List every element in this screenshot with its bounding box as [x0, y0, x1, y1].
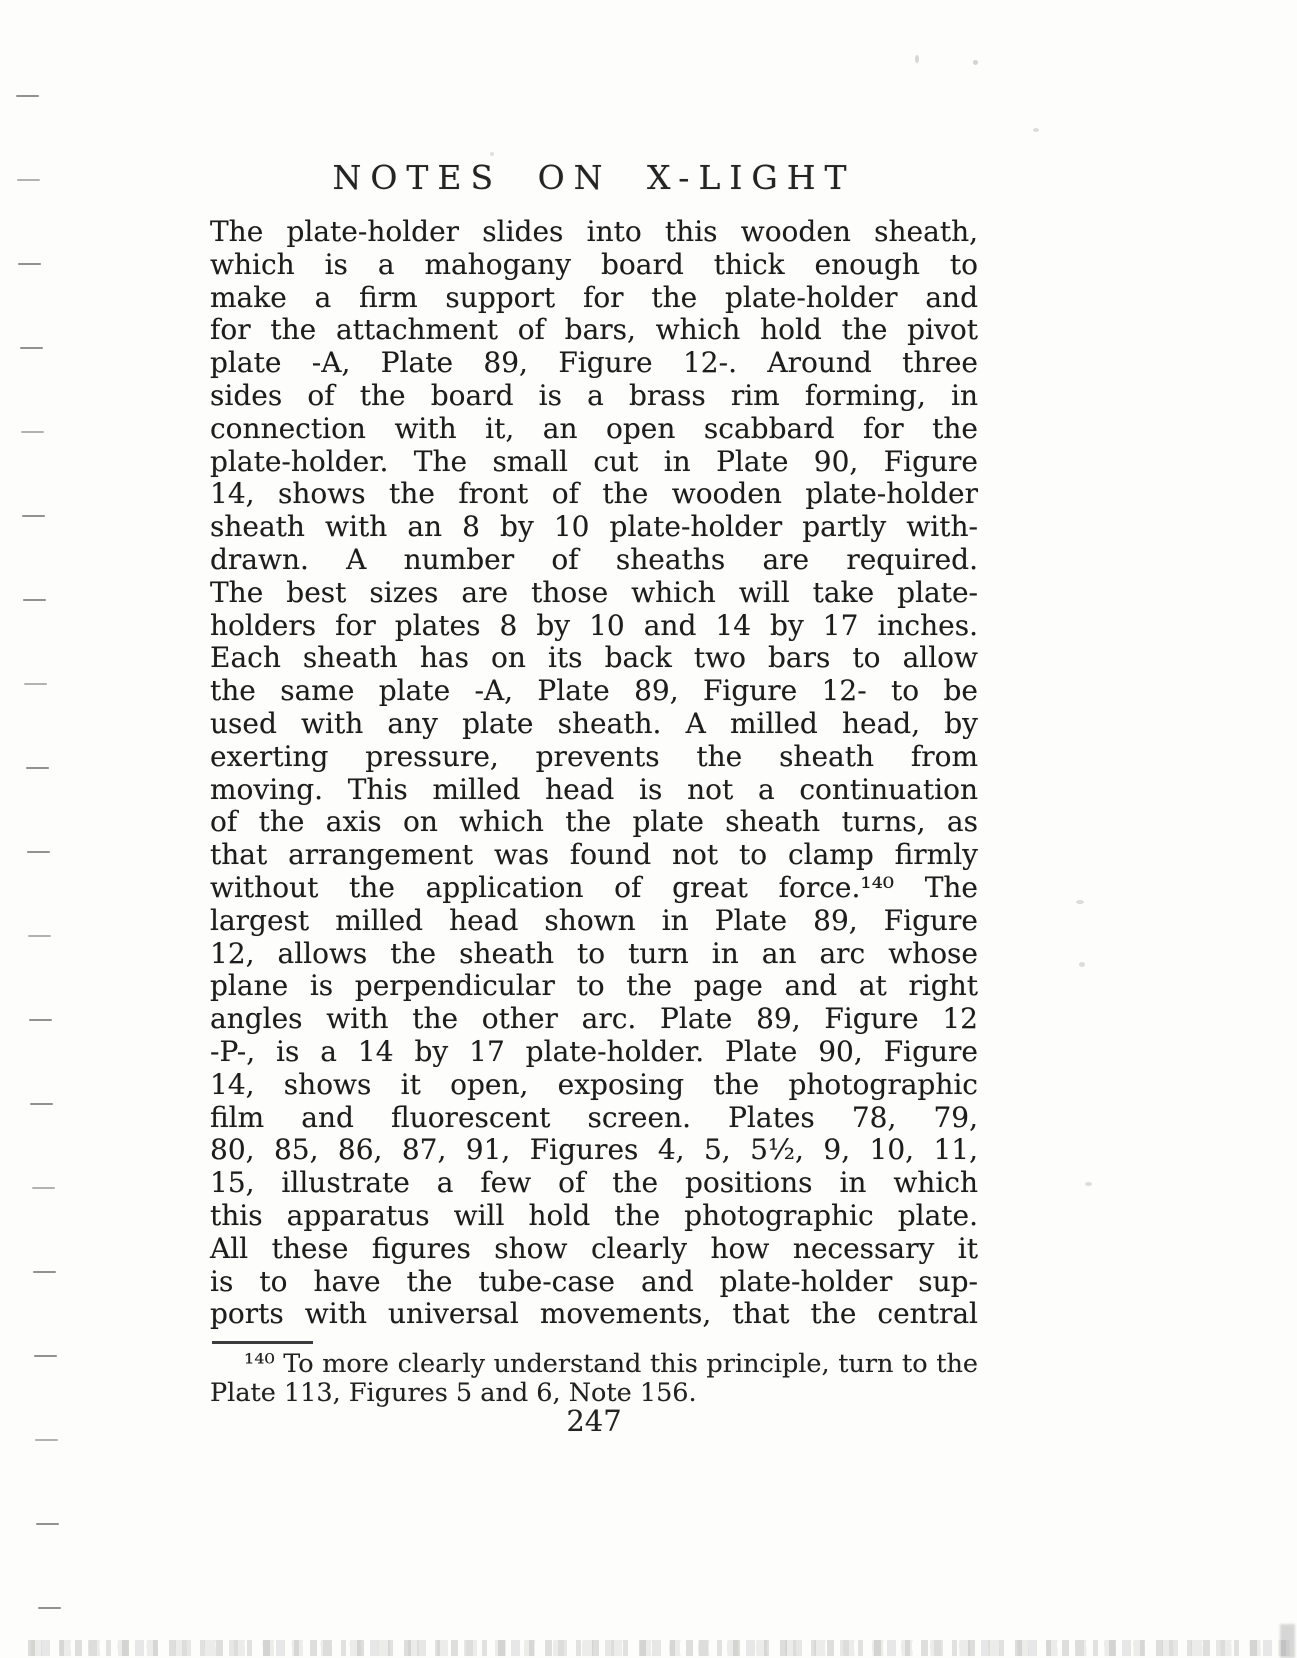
footnote: ¹⁴⁰ To more clearly understand this prin… — [210, 1350, 978, 1408]
scan-margin-dash — [22, 515, 45, 517]
scan-margin-dash — [29, 1019, 52, 1021]
text-line: without the application of great force.¹… — [210, 872, 978, 905]
scan-speck — [1076, 900, 1084, 904]
text-line: sheath with an 8 by 10 plate-holder part… — [210, 511, 978, 544]
text-line: 14, shows it open, exposing the photogra… — [210, 1069, 978, 1102]
text-line: of the axis on which the plate sheath tu… — [210, 806, 978, 839]
scan-edge-band — [28, 1640, 1297, 1656]
scan-margin-dash — [30, 1103, 53, 1105]
text-line: connection with it, an open scabbard for… — [210, 413, 978, 446]
text-line: this apparatus will hold the photographi… — [210, 1200, 978, 1233]
text-line: film and fluorescent screen. Plates 78, … — [210, 1102, 978, 1135]
scan-margin-dash — [36, 1523, 59, 1525]
scan-margin-dash — [17, 179, 40, 181]
text-line: 80, 85, 86, 87, 91, Figures 4, 5, 5½, 9,… — [210, 1134, 978, 1167]
text-line: that arrangement was found not to clamp … — [210, 839, 978, 872]
scanned-book-page: NOTES ON X-LIGHT The plate-holder slides… — [0, 0, 1297, 1658]
text-line: which is a mahogany board thick enough t… — [210, 249, 978, 282]
text-line: exerting pressure, prevents the sheath f… — [210, 741, 978, 774]
scan-margin-dash — [35, 1439, 58, 1441]
footnote-separator-rule — [212, 1341, 313, 1344]
text-line: -P-, is a 14 by 17 plate-holder. Plate 9… — [210, 1036, 978, 1069]
text-line: is to have the tube-case and plate-holde… — [210, 1266, 978, 1299]
scan-margin-dash — [26, 767, 49, 769]
scan-margin-dash — [18, 263, 41, 265]
text-line: plate-holder. The small cut in Plate 90,… — [210, 446, 978, 479]
body-paragraph: The plate-holder slides into this wooden… — [210, 216, 978, 1331]
text-line: 15, illustrate a few of the positions in… — [210, 1167, 978, 1200]
scan-margin-dash — [16, 95, 39, 97]
text-line: moving. This milled head is not a contin… — [210, 774, 978, 807]
scan-corner-smudge — [1280, 1624, 1295, 1658]
scan-speck — [490, 152, 494, 156]
scan-speck — [1085, 1182, 1092, 1186]
scan-margin-dash — [38, 1607, 61, 1609]
scan-margin-dash — [21, 431, 44, 433]
text-line: holders for plates 8 by 10 and 14 by 17 … — [210, 610, 978, 643]
page-title: NOTES ON X-LIGHT — [210, 158, 978, 197]
text-line: plate -A, Plate 89, Figure 12-. Around t… — [210, 347, 978, 380]
scan-speck — [1079, 962, 1085, 967]
text-line: Each sheath has on its back two bars to … — [210, 642, 978, 675]
footnote-line-1: ¹⁴⁰ To more clearly understand this prin… — [210, 1350, 978, 1379]
scan-margin-dash — [23, 599, 46, 601]
page-number: 247 — [210, 1404, 978, 1438]
text-line: All these figures show clearly how neces… — [210, 1233, 978, 1266]
text-line: sides of the board is a brass rim formin… — [210, 380, 978, 413]
scan-speck — [1033, 128, 1039, 132]
text-line: used with any plate sheath. A milled hea… — [210, 708, 978, 741]
text-line: The plate-holder slides into this wooden… — [210, 216, 978, 249]
text-line: make a firm support for the plate-holder… — [210, 282, 978, 315]
scan-margin-dash — [24, 683, 47, 685]
text-line: ports with universal movements, that the… — [210, 1298, 978, 1331]
text-line: largest milled head shown in Plate 89, F… — [210, 905, 978, 938]
scan-speck — [973, 60, 978, 65]
scan-margin-dash — [28, 935, 51, 937]
text-line: The best sizes are those which will take… — [210, 577, 978, 610]
text-line: the same plate -A, Plate 89, Figure 12- … — [210, 675, 978, 708]
scan-margin-dash — [34, 1355, 57, 1357]
scan-margin-dash — [20, 347, 43, 349]
text-line: for the attachment of bars, which hold t… — [210, 314, 978, 347]
scan-speck — [915, 55, 919, 63]
text-line: 14, shows the front of the wooden plate-… — [210, 478, 978, 511]
text-line: angles with the other arc. Plate 89, Fig… — [210, 1003, 978, 1036]
scan-margin-dash — [33, 1271, 56, 1273]
text-line: 12, allows the sheath to turn in an arc … — [210, 938, 978, 971]
text-line: drawn. A number of sheaths are required. — [210, 544, 978, 577]
scan-margin-dash — [32, 1187, 55, 1189]
scan-margin-dash — [27, 851, 50, 853]
text-line: plane is perpendicular to the page and a… — [210, 970, 978, 1003]
